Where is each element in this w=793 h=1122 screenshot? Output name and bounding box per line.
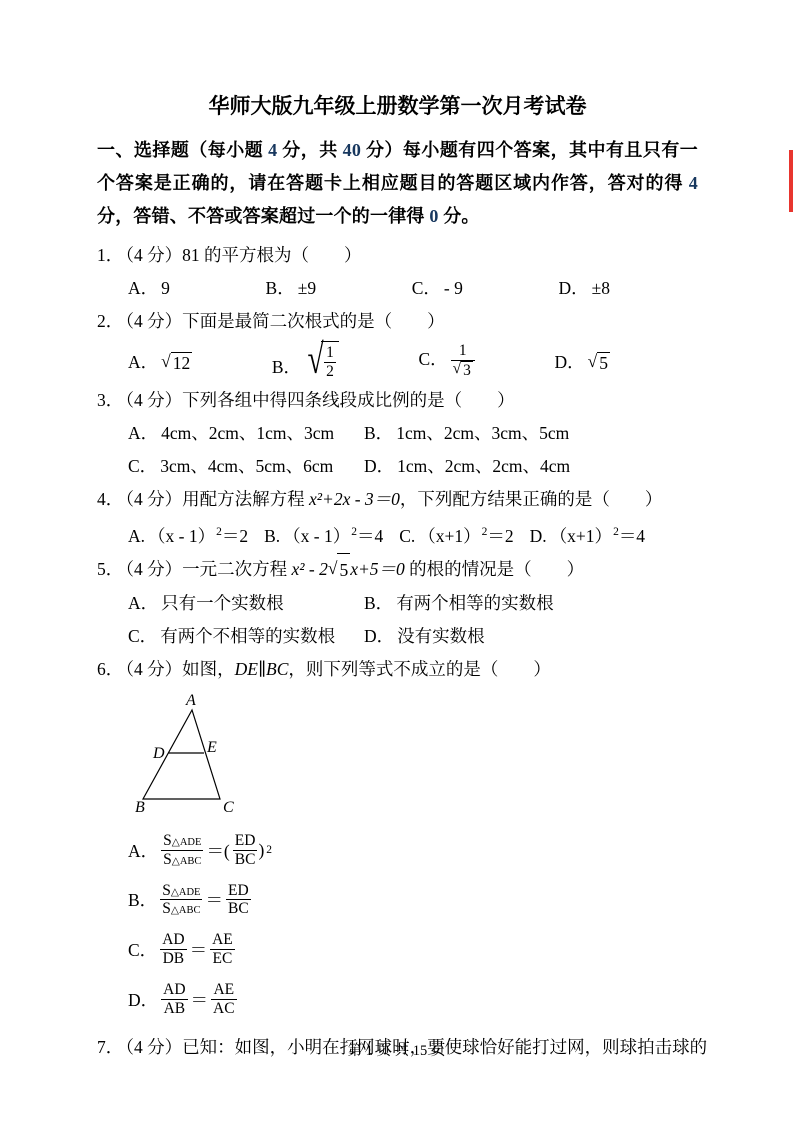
math-expression: BC [266,659,288,679]
vertex-label-d: D [152,745,165,762]
area-symbol: S [162,882,171,899]
intro-text: 分，共 [277,140,342,160]
option-label: A． [128,278,158,298]
option-c: C．3cm、4cm、5cm、6cm [128,450,364,483]
equation: ADAB ＝ AEAC [161,981,236,1018]
denominator: S△ABC [160,900,202,918]
question-1-stem: 1．（4 分）81 的平方根为（ ） [97,239,698,272]
option-text: 没有实数根 [397,626,485,646]
option-text: ±8 [592,278,610,298]
option-text: 4cm、2cm、1cm、3cm [161,423,334,443]
option-text: 9 [161,278,170,298]
sqrt-expression: √12 [304,341,339,381]
math-expression: ＝4 [357,526,383,546]
page-title: 华师大版九年级上册数学第一次月考试卷 [97,94,698,118]
option-b: B．√12 [272,341,339,381]
question-3-options-row-1: A．4cm、2cm、1cm、3cm B．1cm、2cm、3cm、5cm [128,417,698,450]
option-d: D．没有实数根 [364,620,698,653]
sqrt-expression: √12 [161,352,192,374]
option-d: D．±8 [559,272,611,305]
question-5-options-row-1: A．只有一个实数根 B．有两个相等的实数根 [128,587,698,620]
subscript: △ABC [171,905,201,916]
option-c: C.（x+1）2＝2 [399,516,513,553]
intro-number: 4 [689,173,698,193]
intro-number: 40 [343,140,361,160]
question-text: （4 分）一元二次方程 [125,559,291,579]
option-label: D. [530,526,547,546]
area-symbol: S [162,900,171,917]
question-number: 6． [97,659,123,679]
sqrt-expression: √5 [328,553,350,587]
math-expression: （x - 1） [148,526,215,546]
question-5-options-row-2: C．有两个不相等的实数根 D．没有实数根 [128,620,698,653]
option-d: D．1cm、2cm、2cm、4cm [364,450,698,483]
fraction: S△ADES△ABC [161,832,203,869]
triangle-figure: A B C D E [135,692,698,819]
question-number: 3． [97,390,123,410]
question-number: 5． [97,559,123,579]
option-text: 有两个相等的实数根 [396,593,554,613]
intro-text: 一、选择题（每小题 [97,140,268,160]
option-label: C． [412,278,441,298]
question-6-option-b: B． S△ADES△ABC ＝ EDBC [128,882,698,919]
radical-icon: √ [307,342,323,380]
math-expression: （x+1） [418,526,480,546]
math-expression: ＝2 [487,526,513,546]
fraction: 12 [324,344,336,381]
option-label: C. [399,526,415,546]
question-2-stem: 2．（4 分）下面是最简二次根式的是（ ） [97,305,698,338]
option-text: 1cm、2cm、2cm、4cm [397,456,570,476]
numerator: ED [233,832,258,851]
option-a: A．9 [128,272,170,305]
math-expression: （x+1） [550,526,612,546]
radicand: 5 [597,352,610,374]
option-a: A．4cm、2cm、1cm、3cm [128,417,364,450]
math-expression: ＝4 [619,526,645,546]
fraction: AEEC [210,931,235,968]
page-number: 第 1 页 共 15 页 [0,1039,793,1060]
fraction: 1√3 [451,342,475,380]
denominator: 2 [324,363,336,381]
numerator: AD [161,981,187,1000]
denominator: AB [161,1000,187,1018]
option-label: A. [128,526,145,546]
option-label: B. [264,526,280,546]
option-label: A． [128,593,158,613]
numerator: S△ADE [161,832,203,851]
question-6-option-a: A． S△ADES△ABC ＝( EDBC ) 2 [128,832,698,869]
option-text: - 9 [444,278,463,298]
option-label: B． [266,278,295,298]
option-label: D． [364,626,394,646]
section-instructions: 一、选择题（每小题 4 分，共 40 分）每小题有四个答案，其中有且只有一个答案… [97,134,698,233]
math-expression: x²+2x - 3＝0 [309,489,400,509]
numerator: AD [160,931,186,950]
question-text: （4 分）用配方法解方程 [125,489,309,509]
denominator: BC [233,851,258,869]
radical-icon: √ [328,552,338,585]
triangle-diagram: A B C D E [135,692,245,814]
intro-number: 0 [429,206,438,226]
option-label: D． [559,278,589,298]
equation: S△ADES△ABC ＝( EDBC ) 2 [161,832,272,869]
intro-text: 分，答错、不答或答案超过一个的一律得 [97,206,429,226]
fraction: ADAB [161,981,187,1018]
denominator: EC [210,950,235,968]
option-c: C．1√3 [418,342,474,380]
close-paren: ) [258,840,264,861]
denominator: DB [160,950,186,968]
equals-open-paren: ＝( [206,838,229,863]
radicand: 3 [461,361,473,380]
equals-sign: ＝ [191,987,209,1012]
area-symbol: S [163,851,172,868]
equals-sign: ＝ [205,887,223,912]
red-edge-mark [789,150,793,212]
subscript: △ADE [172,837,202,848]
denominator: AC [211,1000,237,1018]
question-text: ，则下列等式不成立的是（ ） [288,659,551,679]
option-label: B． [128,887,157,912]
question-3-stem: 3．（4 分）下列各组中得四条线段成比例的是（ ） [97,384,698,417]
question-6-option-c: C． ADDB ＝ AEEC [128,931,698,968]
radicand: 12 [171,352,193,374]
numerator: 1 [324,344,336,363]
option-label: C． [128,626,157,646]
option-text: 有两个不相等的实数根 [160,626,335,646]
question-text: ，下列配方结果正确的是（ ） [400,489,663,509]
option-label: D． [128,987,158,1012]
subscript: △ADE [171,887,201,898]
radicand: 5 [337,553,350,587]
radical-icon: √ [588,351,598,372]
numerator: 1 [451,342,475,361]
option-label: D． [554,352,584,372]
option-a: A.（x - 1）2＝2 [128,516,248,553]
numerator: AE [211,981,237,1000]
option-c: C．- 9 [412,272,463,305]
option-label: A． [128,838,158,863]
option-d: D.（x+1）2＝4 [530,516,645,553]
equals-sign: ＝ [190,937,208,962]
denominator: √3 [451,361,475,380]
question-3-options-row-2: C．3cm、4cm、5cm、6cm D．1cm、2cm、2cm、4cm [128,450,698,483]
fraction: EDBC [226,882,251,919]
option-label: C． [128,456,157,476]
subscript: △ABC [172,856,202,867]
intro-number: 4 [268,140,277,160]
math-expression: x+5＝0 [350,559,405,579]
math-expression: ＝2 [222,526,248,546]
question-5-stem: 5．（4 分）一元二次方程 x² - 2√5x+5＝0 的根的情况是（ ） [97,553,698,587]
option-b: B.（x - 1）2＝4 [264,516,383,553]
option-b: B．±9 [266,272,317,305]
option-label: C． [418,349,447,369]
option-label: A． [128,352,158,372]
question-text: （4 分）下面是最简二次根式的是（ ） [125,311,444,331]
option-d: D．√5 [554,349,610,374]
option-label: A． [128,423,158,443]
radicand: 12 [321,341,339,381]
question-number: 4． [97,489,123,509]
math-expression: DE [235,659,258,679]
numerator: S△ADE [160,882,202,901]
question-2-options: A．√12 B．√12 C．1√3 D．√5 [128,338,610,384]
fraction: AEAC [211,981,237,1018]
vertex-label-c: C [223,799,234,814]
fraction: ADDB [160,931,186,968]
equation: S△ADES△ABC ＝ EDBC [160,882,250,919]
question-6-stem: 6．（4 分）如图，DE∥BC，则下列等式不成立的是（ ） [97,653,698,686]
area-symbol: S [163,832,172,849]
math-expression: x² - 2 [292,559,328,579]
page-content: 华师大版九年级上册数学第一次月考试卷 一、选择题（每小题 4 分，共 40 分）… [0,0,793,1064]
option-text: 3cm、4cm、5cm、6cm [160,456,333,476]
option-b: B．1cm、2cm、3cm、5cm [364,417,698,450]
question-1-options: A．9 B．±9 C．- 9 D．±8 [128,272,610,305]
vertex-label-b: B [135,799,145,814]
option-text: ±9 [298,278,316,298]
intro-text: 分。 [439,206,480,226]
question-text: （4 分）下列各组中得四条线段成比例的是（ ） [125,390,514,410]
exponent: 2 [266,844,272,856]
option-c: C．有两个不相等的实数根 [128,620,364,653]
radical-icon: √ [453,360,462,378]
sqrt-expression: √3 [453,361,473,380]
fraction: S△ADES△ABC [160,882,202,919]
option-b: B．有两个相等的实数根 [364,587,698,620]
math-expression: （x - 1） [283,526,350,546]
option-label: C． [128,937,157,962]
denominator: BC [226,900,251,918]
question-4-stem: 4．（4 分）用配方法解方程 x²+2x - 3＝0，下列配方结果正确的是（ ） [97,483,698,516]
vertex-label-a: A [185,692,196,709]
question-text: （4 分）如图， [125,659,234,679]
option-text: 1cm、2cm、3cm、5cm [396,423,569,443]
question-text: （4 分）81 的平方根为（ ） [125,245,361,265]
option-label: B． [272,357,301,377]
question-text: 的根的情况是（ ） [405,559,584,579]
option-label: B． [364,423,393,443]
numerator: AE [210,931,235,950]
option-label: D． [364,456,394,476]
parallel-symbol: ∥ [258,659,266,679]
question-number: 2． [97,311,123,331]
option-text: 只有一个实数根 [161,593,284,613]
option-a: A．只有一个实数根 [128,587,364,620]
fraction: EDBC [233,832,258,869]
sqrt-expression: √5 [588,352,610,374]
exam-page: 华师大版九年级上册数学第一次月考试卷 一、选择题（每小题 4 分，共 40 分）… [0,0,793,1122]
radical-icon: √ [161,351,171,372]
equation: ADDB ＝ AEEC [160,931,235,968]
numerator: ED [226,882,251,901]
question-number: 1． [97,245,123,265]
denominator: S△ABC [161,851,203,869]
question-6-option-d: D． ADAB ＝ AEAC [128,981,698,1018]
vertex-label-e: E [206,739,217,756]
option-label: B． [364,593,393,613]
question-4-options: A.（x - 1）2＝2 B.（x - 1）2＝4 C.（x+1）2＝2 D.（… [128,516,698,553]
option-a: A．√12 [128,349,192,374]
